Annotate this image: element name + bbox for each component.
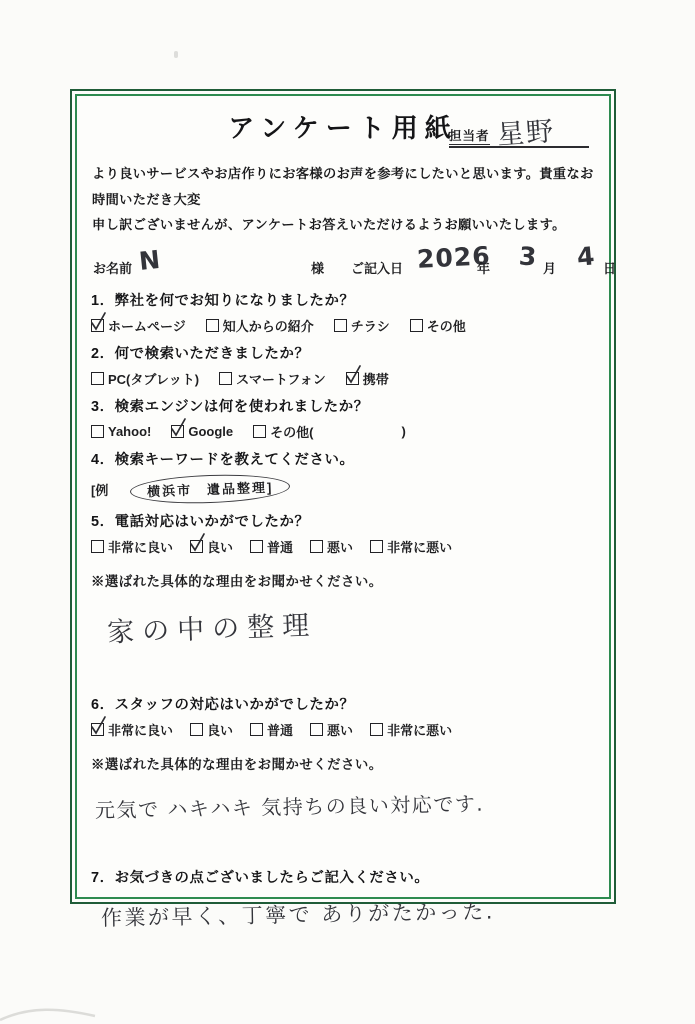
checkbox-icon (253, 425, 266, 438)
option-label: 非常に良い (108, 720, 173, 739)
option-label: 非常に悪い (387, 537, 452, 556)
checkbox-icon (190, 723, 203, 736)
option-label: 非常に悪い (387, 720, 452, 739)
checkbox-icon (219, 372, 232, 385)
option-other-engine: その他( ) (253, 422, 406, 441)
question-5-reason-prompt: ※選ばれた具体的な理由をお聞かせください。 (91, 571, 595, 590)
option-label: 悪い (327, 537, 353, 556)
check-mark-icon (169, 416, 189, 439)
option-label: 知人からの紹介 (223, 316, 314, 335)
check-mark-icon (89, 714, 109, 737)
date-label: ご記入日 (351, 258, 403, 277)
question-5-heading: 5．電話対応はいかがでしたか？ (91, 510, 595, 531)
option-label: 非常に良い (108, 537, 173, 556)
header: アンケート用紙 担当者 星野 (91, 102, 595, 154)
option-label: 普通 (267, 720, 293, 739)
question-5-options: 非常に良い 良い 普通 悪い 非常に悪い (91, 537, 595, 556)
option-good: 良い (190, 720, 233, 739)
question-1: 1．弊社を何でお知りになりましたか？ ホームページ 知人からの紹介 チラシ その… (91, 289, 595, 335)
survey-sheet-frame: アンケート用紙 担当者 星野 より良いサービスやお店作りにお客様のお声を参考にし… (70, 89, 616, 904)
option-label: 普通 (267, 537, 293, 556)
intro-line1: より良いサービスやお店作りにお客様のお声を参考にしたいと思います。貴重なお時間い… (92, 161, 594, 212)
option-very-good: 非常に良い (91, 537, 173, 556)
checkbox-checked-icon (346, 372, 359, 385)
checkbox-icon (310, 723, 323, 736)
checkbox-icon (250, 540, 263, 553)
check-mark-icon (89, 310, 109, 333)
option-google: Google (171, 424, 233, 439)
option-pc-tablet: PC(タブレット) (91, 369, 199, 388)
year-unit-label: 年 (477, 258, 490, 277)
example-keyword-circled: 横浜市 遺品整理] (130, 472, 291, 506)
question-5-answer-handwritten: 家の中の整理 (106, 594, 595, 650)
survey-sheet: アンケート用紙 担当者 星野 より良いサービスやお店作りにお客様のお声を参考にし… (75, 94, 611, 899)
option-mobile: 携帯 (346, 369, 389, 388)
staff-label: 担当者 (449, 126, 490, 145)
question-4: 4．検索キーワードを教えてください。 [例 横浜市 遺品整理] (91, 448, 595, 503)
month-unit-label: 月 (543, 258, 556, 277)
example-prefix: [例 (91, 480, 108, 499)
name-date-row: お名前 N 様 ご記入日 2026 年 3 月 4 日 (91, 246, 595, 282)
question-7-answer-handwritten: 作業が早く、丁寧で ありがたかった. (101, 894, 595, 933)
option-very-good: 非常に良い (91, 720, 173, 739)
checkbox-checked-icon (91, 319, 104, 332)
option-label: チラシ (351, 316, 390, 335)
option-normal: 普通 (250, 720, 293, 739)
option-label: スマートフォン (236, 369, 326, 388)
question-2-heading: 2．何で検索いただきましたか？ (91, 342, 595, 363)
checkbox-icon (250, 723, 263, 736)
option-yahoo: Yahoo! (91, 424, 151, 439)
day-value-handwritten: 4 (576, 241, 596, 271)
name-label: お名前 (93, 258, 132, 277)
option-label: その他( (270, 422, 313, 441)
checkbox-icon (370, 723, 383, 736)
option-label: Google (188, 424, 233, 439)
option-bad: 悪い (310, 537, 353, 556)
question-3-heading: 3．検索エンジンは何を使われましたか？ (91, 395, 595, 416)
staff-name-handwritten: 星野 (496, 109, 557, 152)
name-value-handwritten: N (138, 245, 162, 276)
scan-artifact-dot (174, 51, 178, 58)
option-homepage: ホームページ (91, 316, 186, 335)
option-very-bad: 非常に悪い (370, 720, 452, 739)
checkbox-checked-icon (91, 723, 104, 736)
scan-artifact-curve (0, 1002, 100, 1024)
question-6-reason-prompt: ※選ばれた具体的な理由をお聞かせください。 (91, 754, 595, 773)
question-7-heading: 7．お気づきの点ございましたらご記入ください。 (91, 866, 595, 887)
day-unit-label: 日 (603, 258, 616, 277)
month-value-handwritten: 3 (518, 242, 537, 272)
question-5: 5．電話対応はいかがでしたか？ 非常に良い 良い 普通 悪い (91, 510, 595, 641)
checkbox-icon (370, 540, 383, 553)
check-mark-icon (344, 363, 364, 386)
option-label: ホームページ (108, 316, 186, 335)
question-6-heading: 6．スタッフの対応はいかがでしたか？ (91, 693, 595, 714)
option-normal: 普通 (250, 537, 293, 556)
option-label: 良い (207, 720, 233, 739)
checkbox-icon (91, 425, 104, 438)
checkbox-icon (310, 540, 323, 553)
staff-field: 担当者 星野 (449, 118, 589, 148)
question-6-answer-handwritten: 元気で ハキハキ 気持ちの良い対応です. (95, 786, 595, 824)
option-bad: 悪い (310, 720, 353, 739)
option-referral: 知人からの紹介 (206, 316, 314, 335)
option-label: 良い (207, 537, 233, 556)
option-label: 携帯 (363, 369, 389, 388)
intro-text: より良いサービスやお店作りにお客様のお声を参考にしたいと思います。貴重なお時間い… (92, 161, 594, 238)
option-flyer: チラシ (334, 316, 390, 335)
option-label: その他 (427, 316, 466, 335)
option-label: Yahoo! (108, 424, 151, 439)
checkbox-icon (410, 319, 423, 332)
intro-line2: 申し訳ございませんが、アンケートお答えいただけるようお願いいたします。 (92, 212, 594, 238)
option-label: PC(タブレット) (108, 369, 199, 388)
question-3-options: Yahoo! Google その他( ) (91, 422, 595, 441)
checkbox-icon (91, 540, 104, 553)
option-other: その他 (410, 316, 466, 335)
question-6-options: 非常に良い 良い 普通 悪い 非常に悪い (91, 720, 595, 739)
question-6: 6．スタッフの対応はいかがでしたか？ 非常に良い 良い 普通 悪い (91, 693, 595, 819)
checkbox-checked-icon (190, 540, 203, 553)
option-smartphone: スマートフォン (219, 369, 326, 388)
option-good: 良い (190, 537, 233, 556)
question-4-heading: 4．検索キーワードを教えてください。 (91, 448, 595, 469)
question-3: 3．検索エンジンは何を使われましたか？ Yahoo! Google その他( ) (91, 395, 595, 441)
question-2: 2．何で検索いただきましたか？ PC(タブレット) スマートフォン 携帯 (91, 342, 595, 388)
checkbox-icon (91, 372, 104, 385)
checkbox-checked-icon (171, 425, 184, 438)
question-2-options: PC(タブレット) スマートフォン 携帯 (91, 369, 595, 388)
question-1-heading: 1．弊社を何でお知りになりましたか？ (91, 289, 595, 310)
checkbox-icon (206, 319, 219, 332)
other-close-paren: ) (401, 424, 405, 439)
checkbox-icon (334, 319, 347, 332)
option-very-bad: 非常に悪い (370, 537, 452, 556)
question-7: 7．お気づきの点ございましたらご記入ください。 作業が早く、丁寧で ありがたかっ… (91, 866, 595, 928)
option-label: 悪い (327, 720, 353, 739)
question-4-example: [例 横浜市 遺品整理] (91, 475, 595, 503)
question-1-options: ホームページ 知人からの紹介 チラシ その他 (91, 316, 595, 335)
honorific-label: 様 (311, 258, 324, 277)
check-mark-icon (188, 531, 208, 554)
